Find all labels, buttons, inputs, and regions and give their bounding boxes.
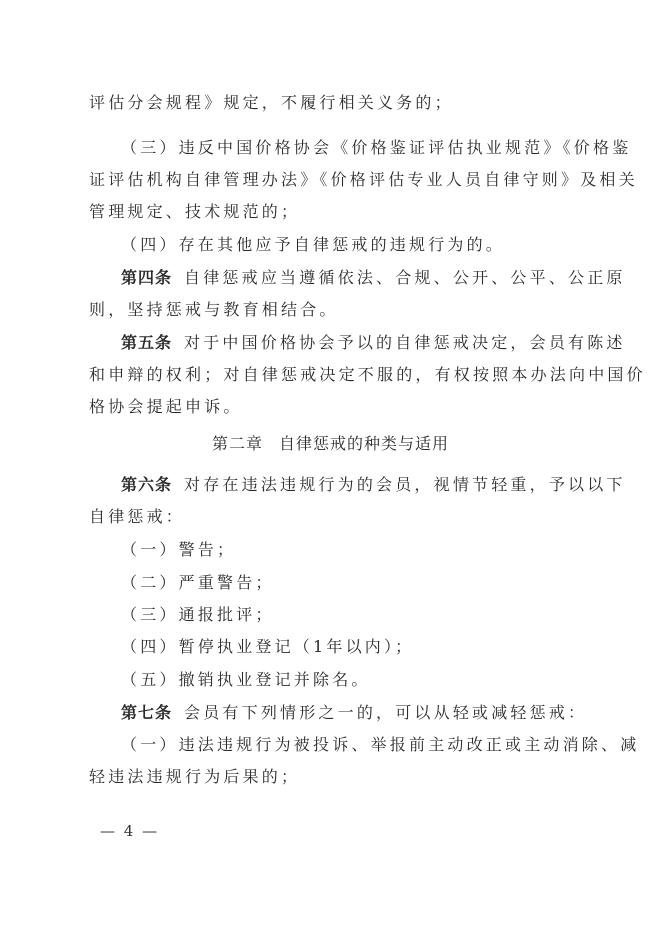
- list-item-4: （四）存在其他应予自律惩戒的违规行为的。: [121, 234, 573, 256]
- document-page: 评估分会规程》规定，不履行相关义务的； （三）违反中国价格协会《价格鉴证评估执业…: [0, 0, 661, 935]
- list-item: （一）违法违规行为被投诉、举报前主动改正或主动消除、减: [121, 734, 573, 756]
- list-item-3: （三）违反中国价格协会《价格鉴证评估执业规范》《价格鉴: [121, 137, 573, 159]
- paragraph-line: 评估分会规程》规定，不履行相关义务的；: [89, 92, 573, 114]
- article-6-label: 第六条: [121, 475, 172, 494]
- list-item: （四）暂停执业登记（1年以内）；: [121, 636, 573, 658]
- article-4: 第四条自律惩戒应当遵循依法、合规、公开、公平、公正原: [121, 267, 573, 289]
- article-7: 第七条会员有下列情形之一的，可以从轻或减轻惩戒：: [121, 702, 573, 724]
- chapter-number: 第二章: [212, 434, 263, 453]
- paragraph-line: 自律惩戒：: [89, 506, 573, 528]
- article-6: 第六条对存在违法违规行为的会员，视情节轻重，予以以下: [121, 474, 573, 496]
- article-6-text: 对存在违法违规行为的会员，视情节轻重，予以以下: [184, 475, 626, 494]
- paragraph-line: 和申辩的权利；对自律惩戒决定不服的，有权按照本办法向中国价: [89, 364, 573, 386]
- page-number: — 4 —: [100, 820, 159, 842]
- paragraph-line: 轻违法违规行为后果的；: [89, 766, 573, 788]
- list-item: （一）警告；: [121, 539, 573, 561]
- paragraph-line: 格协会提起申诉。: [89, 396, 573, 418]
- article-7-text: 会员有下列情形之一的，可以从轻或减轻惩戒：: [184, 703, 587, 722]
- article-4-label: 第四条: [121, 268, 172, 287]
- chapter-title: 自律惩戒的种类与适用: [279, 434, 449, 453]
- list-item: （二）严重警告；: [121, 572, 573, 594]
- list-item: （三）通报批评；: [121, 604, 573, 626]
- chapter-heading: 第二章自律惩戒的种类与适用: [0, 433, 661, 455]
- paragraph-line: 管理规定、技术规范的；: [89, 201, 573, 223]
- paragraph-line: 证评估机构自律管理办法》《价格评估专业人员自律守则》及相关: [89, 169, 573, 191]
- paragraph-line: 则，坚持惩戒与教育相结合。: [89, 299, 573, 321]
- article-4-text: 自律惩戒应当遵循依法、合规、公开、公平、公正原: [184, 268, 626, 287]
- article-5: 第五条对于中国价格协会予以的自律惩戒决定，会员有陈述: [121, 332, 573, 354]
- article-5-text: 对于中国价格协会予以的自律惩戒决定，会员有陈述: [184, 333, 626, 352]
- article-7-label: 第七条: [121, 703, 172, 722]
- article-5-label: 第五条: [121, 333, 172, 352]
- list-item: （五）撤销执业登记并除名。: [121, 669, 573, 691]
